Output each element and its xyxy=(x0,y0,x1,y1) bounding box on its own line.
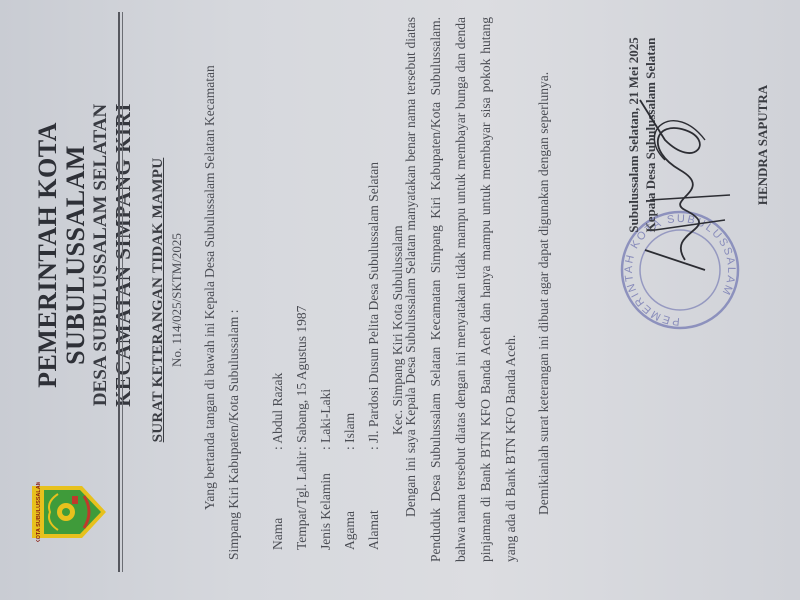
letter-document: KOTA SUBULUSSALAM PEMERINTAH KOTA SUBULU… xyxy=(0,0,800,600)
closing-paragraph: Demikianlah surat keterangan ini dibuat … xyxy=(532,20,556,560)
field-label: Nama xyxy=(266,450,290,550)
city-emblem-icon: KOTA SUBULUSSALAM xyxy=(30,482,110,542)
identity-fields: Nama : Abdul Razak Tempat/Tgl. Lahir : S… xyxy=(266,30,410,550)
field-label: Tempat/Tgl. Lahir xyxy=(290,450,314,550)
field-row: Tempat/Tgl. Lahir : Sabang, 15 Agustus 1… xyxy=(290,30,314,550)
field-row: Jenis Kelamin : Laki-Laki xyxy=(314,30,338,550)
field-value: : Jl. Pardosi Dusun Pelita Desa Subuluss… xyxy=(362,30,386,450)
letterhead-line-2: DESA SUBULUSSALAM SELATAN xyxy=(90,20,111,490)
field-row: Alamat : Jl. Pardosi Dusun Pelita Desa S… xyxy=(362,30,386,550)
field-value: : Laki-Laki xyxy=(314,30,338,450)
handwritten-signature-icon xyxy=(625,80,745,290)
intro-paragraph: Yang bertanda tangan di bawah ini Kepala… xyxy=(198,20,246,560)
letterhead-line-3: KECAMATAN SIMPANG KIRI xyxy=(111,20,135,490)
field-value: : Sabang, 15 Agustus 1987 xyxy=(290,30,314,450)
field-label: Agama xyxy=(338,450,362,550)
statement-paragraph: Dengan ini saya Kepala Desa Subulussalam… xyxy=(398,17,523,562)
field-label: Alamat xyxy=(362,450,386,550)
field-value: : Abdul Razak xyxy=(266,30,290,450)
svg-text:KOTA SUBULUSSALAM: KOTA SUBULUSSALAM xyxy=(36,482,42,542)
field-value: : Islam xyxy=(338,30,362,450)
field-label: Jenis Kelamin xyxy=(314,450,338,550)
letterhead-divider xyxy=(118,12,123,572)
letterhead-line-1: PEMERINTAH KOTA SUBULUSSALAM xyxy=(34,20,90,490)
field-row: Nama : Abdul Razak xyxy=(266,30,290,550)
signer-name: HENDRA SAPUTRA xyxy=(755,35,771,255)
letter-title: SURAT KETERANGAN TIDAK MAMPU xyxy=(150,0,167,600)
letter-number: No. 114/025/SKTM/2025 xyxy=(169,0,185,600)
field-row: Agama : Islam xyxy=(338,30,362,550)
letterhead: KOTA SUBULUSSALAM PEMERINTAH KOTA SUBULU… xyxy=(14,0,124,600)
